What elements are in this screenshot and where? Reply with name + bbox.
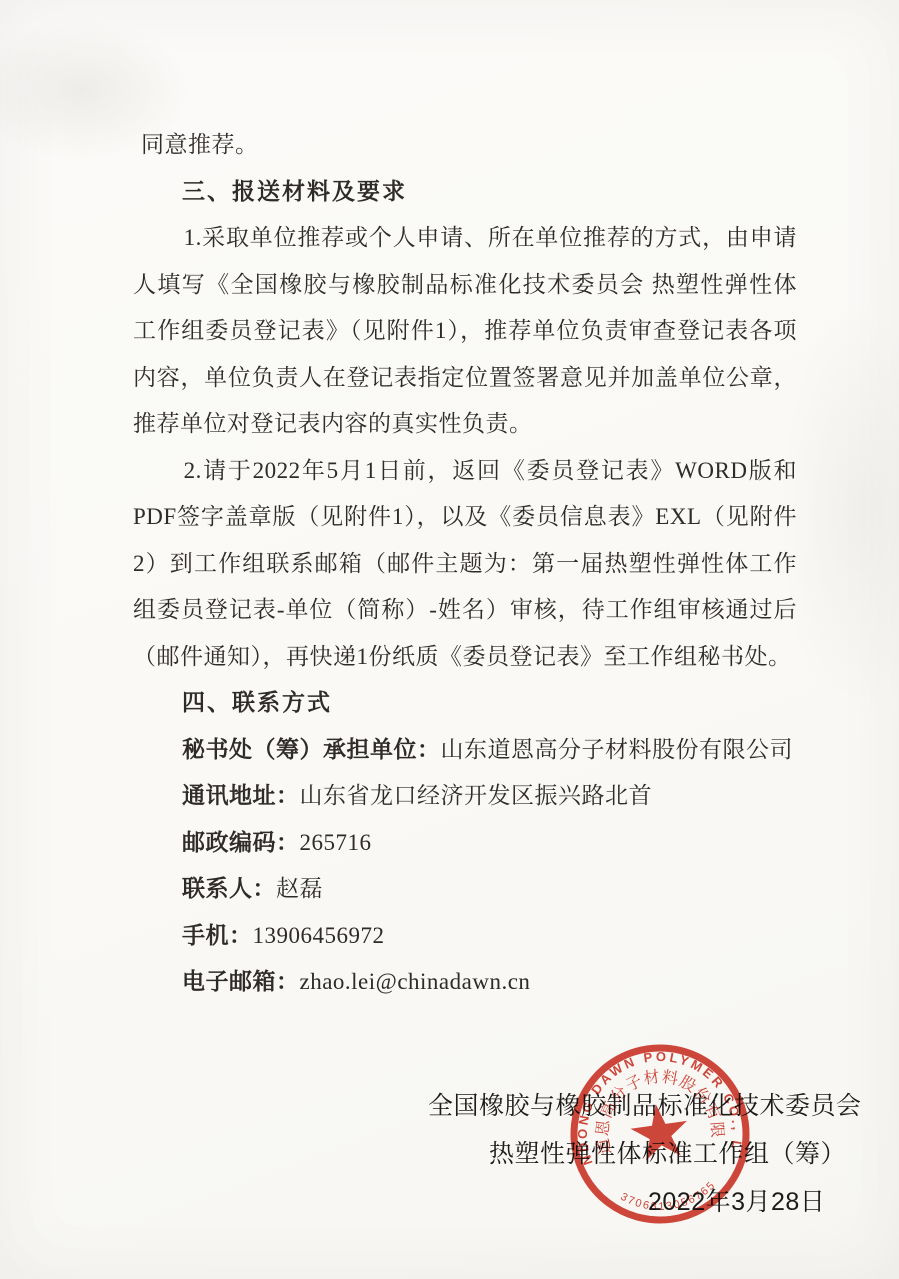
section-heading-materials: 三、报送材料及要求	[133, 169, 797, 216]
contact-row-mobile: 手机：13906456972	[133, 913, 797, 960]
materials-paragraph-1: 1.采取单位推荐或个人申请、所在单位推荐的方式，由申请人填写《全国橡胶与橡胶制品…	[133, 215, 797, 448]
contact-value: 13906456972	[253, 923, 385, 948]
contact-row-secretariat: 秘书处（筹）承担单位：山东道恩高分子材料股份有限公司	[133, 727, 797, 774]
contact-label: 联系人：	[182, 876, 276, 901]
contact-row-postcode: 邮政编码：265716	[133, 820, 797, 867]
contact-row-person: 联系人：赵磊	[133, 866, 797, 913]
signature-org-line-2: 热塑性弹性体标准工作组（筹）	[489, 1134, 846, 1170]
contact-row-address: 通讯地址：山东省龙口经济开发区振兴路北首	[133, 773, 797, 820]
scan-smudge	[779, 300, 899, 720]
contact-value: zhao.lei@chinadawn.cn	[300, 969, 531, 994]
opening-line: 同意推荐。	[133, 122, 797, 169]
contact-row-email: 电子邮箱：zhao.lei@chinadawn.cn	[133, 959, 797, 1006]
contact-value: 山东省龙口经济开发区振兴路北首	[300, 783, 653, 808]
scanned-document-page: 同意推荐。 三、报送材料及要求 1.采取单位推荐或个人申请、所在单位推荐的方式，…	[0, 0, 899, 1279]
contact-label: 通讯地址：	[182, 783, 300, 808]
contact-value: 山东道恩高分子材料股份有限公司	[441, 737, 794, 762]
contact-label: 手机：	[182, 923, 253, 948]
contact-label: 邮政编码：	[182, 830, 300, 855]
signature-org-line-1: 全国橡胶与橡胶制品标准化技术委员会	[428, 1086, 862, 1122]
materials-paragraph-2: 2.请于2022年5月1日前，返回《委员登记表》WORD版和PDF签字盖章版（见…	[133, 448, 797, 681]
contact-label: 电子邮箱：	[182, 969, 300, 994]
contact-value: 赵磊	[276, 876, 323, 901]
document-body: 同意推荐。 三、报送材料及要求 1.采取单位推荐或个人申请、所在单位推荐的方式，…	[133, 122, 797, 1006]
contact-value: 265716	[300, 830, 372, 855]
signature-date: 2022年3月28日	[648, 1182, 825, 1218]
contact-label: 秘书处（筹）承担单位：	[182, 737, 441, 762]
section-heading-contact: 四、联系方式	[133, 680, 797, 727]
